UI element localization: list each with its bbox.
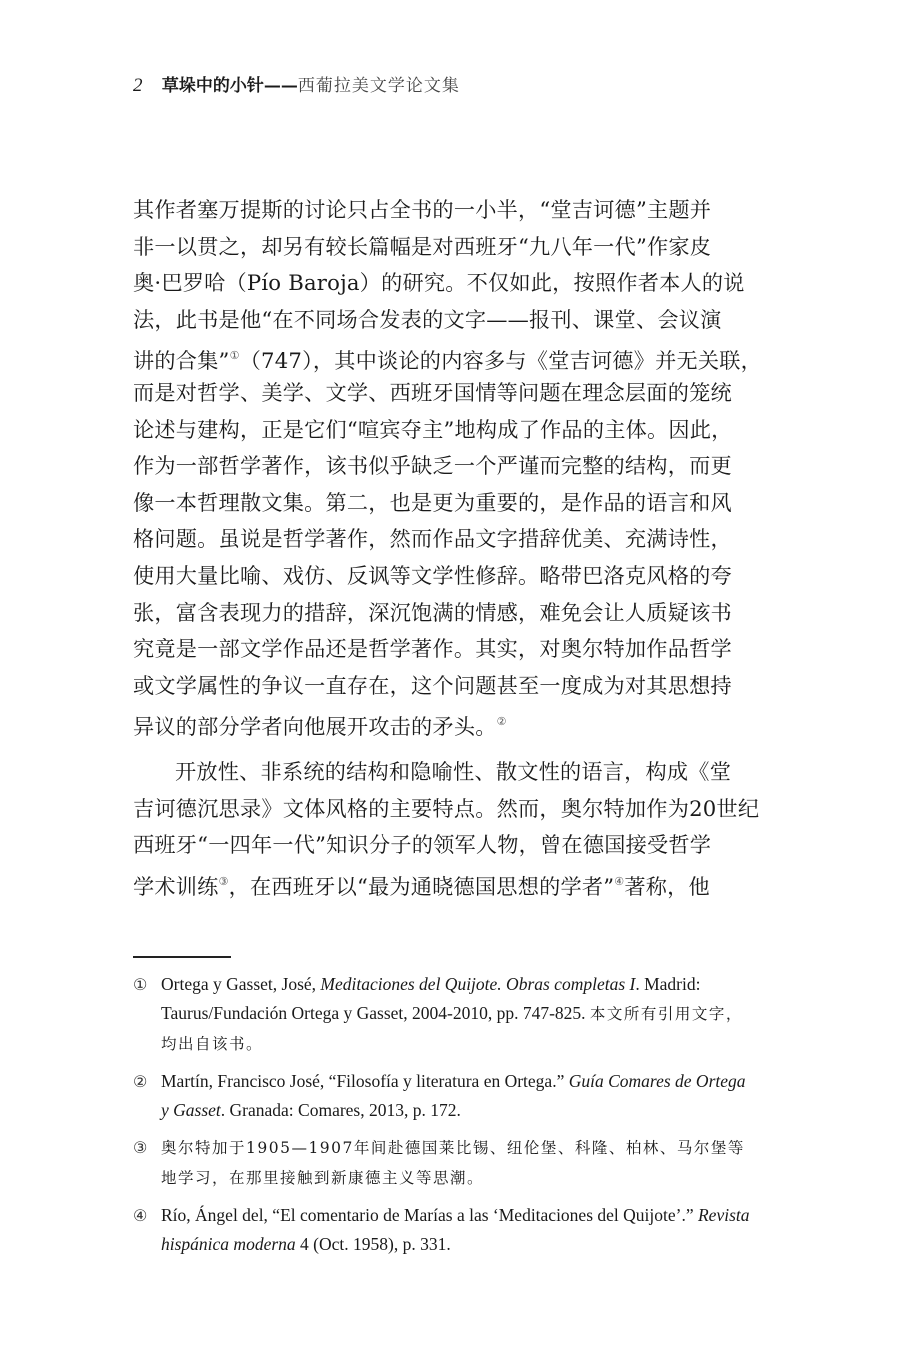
footnote-ref-2[interactable]: ② xyxy=(497,715,507,728)
text-line: 学术训练③，在西班牙以“最为通晓德国思想的学者”④著称，他 xyxy=(133,864,733,901)
text-span: 讲的合集” xyxy=(133,348,230,373)
footnote-text: 奥尔特加于1905—1907年间赴德国莱比锡、纽伦堡、科隆、柏林、马尔堡等地学习… xyxy=(161,1133,753,1193)
footnote-marker: ① xyxy=(133,970,161,1059)
text-line: 非一以贯之，却另有较长篇幅是对西班牙“九八年一代”作家皮 xyxy=(133,229,733,266)
footnote-3: ③ 奥尔特加于1905—1907年间赴德国莱比锡、纽伦堡、科隆、柏林、马尔堡等地… xyxy=(133,1133,753,1193)
text-span: 4 (Oct. 1958), p. 331. xyxy=(296,1234,451,1254)
text-line: 开放性、非系统的结构和隐喻性、散文性的语言，构成《堂 xyxy=(133,754,733,791)
text-line: 其作者塞万提斯的讨论只占全书的一小半，“堂吉诃德”主题并 xyxy=(133,192,733,229)
footnote-4: ④ Río, Ángel del, “El comentario de Marí… xyxy=(133,1201,753,1259)
text-span: Río, Ángel del, “El comentario de Marías… xyxy=(161,1205,698,1225)
text-line: 法，此书是他“在不同场合发表的文字——报刊、课堂、会议演 xyxy=(133,302,733,339)
text-span: Ortega y Gasset, José, xyxy=(161,974,320,994)
text-span: 奥尔特加于1905—1907年间赴德国莱比锡、纽伦堡、科隆、柏林、马尔堡等地学习… xyxy=(161,1139,745,1187)
text-line: 作为一部哲学著作，该书似乎缺乏一个严谨而完整的结构，而更 xyxy=(133,448,733,485)
work-title: Meditaciones del Quijote. Obras completa… xyxy=(320,974,635,994)
text-span: 著称，他 xyxy=(624,874,710,899)
text-line: 张，富含表现力的措辞，深沉饱满的情感，难免会让人质疑该书 xyxy=(133,595,733,632)
text-line: 奥·巴罗哈（Pío Baroja）的研究。不仅如此，按照作者本人的说 xyxy=(133,265,733,302)
text-span: . Granada: Comares, 2013, p. 172. xyxy=(221,1100,461,1120)
text-line: 使用大量比喻、戏仿、反讽等文学性修辞。略带巴洛克风格的夸 xyxy=(133,558,733,595)
text-line: 而是对哲学、美学、文学、西班牙国情等问题在理念层面的笼统 xyxy=(133,375,733,412)
text-line: 吉诃德沉思录》文体风格的主要特点。然而，奥尔特加作为20世纪 xyxy=(133,791,733,828)
footnote-2: ② Martín, Francisco José, “Filosofía y l… xyxy=(133,1067,753,1125)
paragraph-2: 开放性、非系统的结构和隐喻性、散文性的语言，构成《堂 吉诃德沉思录》文体风格的主… xyxy=(133,754,733,900)
paragraph-1: 其作者塞万提斯的讨论只占全书的一小半，“堂吉诃德”主题并 非一以贯之，却另有较长… xyxy=(133,192,733,741)
footnote-text: Martín, Francisco José, “Filosofía y lit… xyxy=(161,1067,753,1125)
text-span: 学术训练 xyxy=(133,874,219,899)
text-line: 论述与建构，正是它们“喧宾夺主”地构成了作品的主体。因此， xyxy=(133,412,733,449)
text-line: 格问题。虽说是哲学著作，然而作品文字措辞优美、充满诗性， xyxy=(133,521,733,558)
text-line: 像一本哲理散文集。第二，也是更为重要的，是作品的语言和风 xyxy=(133,485,733,522)
footnote-text: Ortega y Gasset, José, Meditaciones del … xyxy=(161,970,753,1059)
text-line: 异议的部分学者向他展开攻击的矛头。② xyxy=(133,704,733,741)
text-line: 究竟是一部文学作品还是哲学著作。其实，对奥尔特加作品哲学 xyxy=(133,631,733,668)
text-span: Martín, Francisco José, “Filosofía y lit… xyxy=(161,1071,569,1091)
book-subtitle: 西葡拉美文学论文集 xyxy=(298,76,460,96)
running-header: 2 草垛中的小针——西葡拉美文学论文集 xyxy=(133,74,460,98)
footnote-ref-4[interactable]: ④ xyxy=(614,875,624,888)
footnote-ref-1[interactable]: ① xyxy=(230,349,240,362)
footnote-1: ① Ortega y Gasset, José, Meditaciones de… xyxy=(133,970,753,1059)
body-text: 其作者塞万提斯的讨论只占全书的一小半，“堂吉诃德”主题并 非一以贯之，却另有较长… xyxy=(133,192,733,900)
footnote-marker: ③ xyxy=(133,1133,161,1193)
footnote-marker: ② xyxy=(133,1067,161,1125)
text-line: 讲的合集”①（747），其中谈论的内容多与《堂吉诃德》并无关联， xyxy=(133,338,733,375)
text-span: 异议的部分学者向他展开攻击的矛头。 xyxy=(133,714,497,739)
page-number: 2 xyxy=(133,75,143,96)
text-line: 西班牙“一四年一代”知识分子的领军人物，曾在德国接受哲学 xyxy=(133,827,733,864)
footnote-divider xyxy=(133,956,231,958)
book-title: 草垛中的小针—— xyxy=(162,76,298,96)
text-span: ，在西班牙以“最为通晓德国思想的学者” xyxy=(229,874,615,899)
text-line: 或文学属性的争议一直存在，这个问题甚至一度成为对其思想持 xyxy=(133,668,733,705)
footnote-text: Río, Ángel del, “El comentario de Marías… xyxy=(161,1201,753,1259)
footnote-marker: ④ xyxy=(133,1201,161,1259)
footnote-ref-3[interactable]: ③ xyxy=(219,875,229,888)
text-span: （747），其中谈论的内容多与《堂吉诃德》并无关联， xyxy=(240,348,762,373)
footnotes: ① Ortega y Gasset, José, Meditaciones de… xyxy=(133,970,753,1267)
